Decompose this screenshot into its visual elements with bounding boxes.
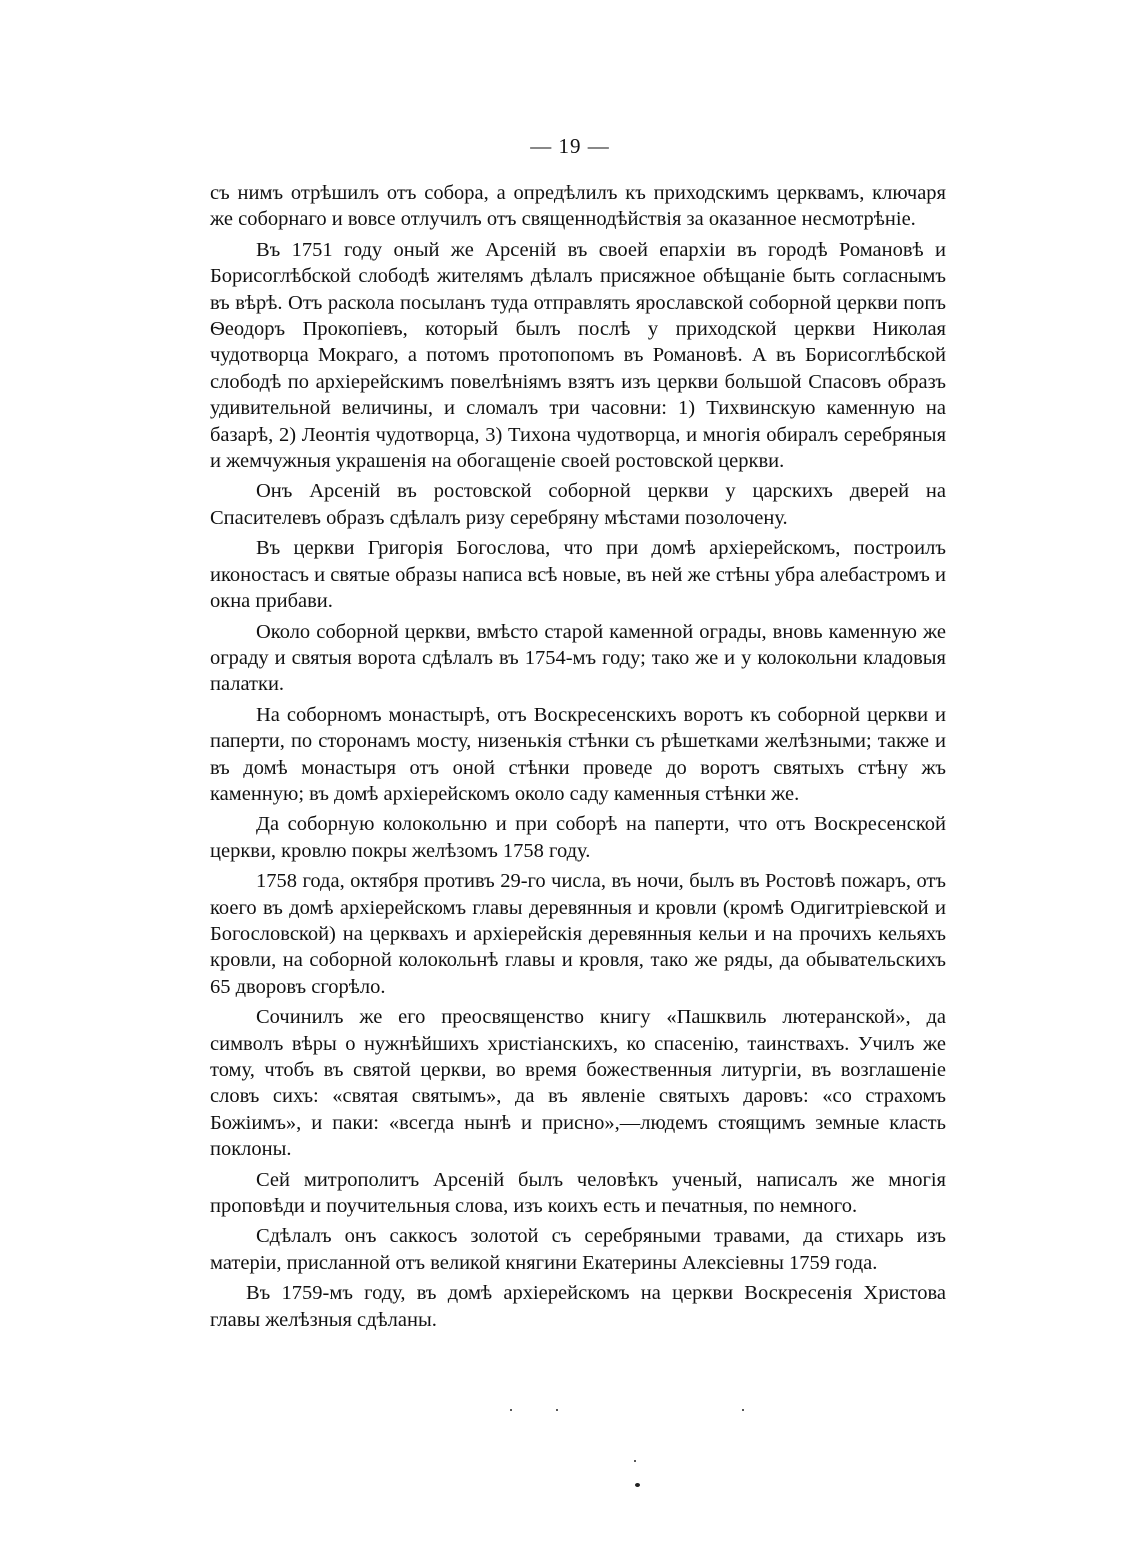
scan-speck bbox=[556, 1409, 558, 1411]
paragraph-1: съ нимъ отрѣшилъ отъ собора, а опредѣлил… bbox=[210, 180, 946, 233]
page-number: — 19 — bbox=[0, 134, 1140, 159]
scan-speck bbox=[510, 1409, 512, 1411]
scan-speck bbox=[635, 1483, 640, 1487]
paragraph-2: Въ 1751 году оный же Арсеній въ своей еп… bbox=[210, 237, 946, 475]
paragraph-7: Да соборную колокольню и при соборѣ на п… bbox=[210, 811, 946, 864]
paragraph-8: 1758 года, октября противъ 29-го числа, … bbox=[210, 868, 946, 1000]
body-text: съ нимъ отрѣшилъ отъ собора, а опредѣлил… bbox=[210, 180, 946, 1337]
paragraph-5: Около соборной церкви, вмѣсто старой кам… bbox=[210, 619, 946, 698]
scan-speck bbox=[742, 1409, 744, 1411]
paragraph-11: Сдѣлалъ онъ саккосъ золотой съ серебряны… bbox=[210, 1223, 946, 1276]
scan-speck bbox=[634, 1460, 636, 1462]
paragraph-4: Въ церкви Григорія Богослова, что при до… bbox=[210, 535, 946, 614]
paragraph-9: Сочинилъ же его преосвященство книгу «Па… bbox=[210, 1004, 946, 1162]
paragraph-10: Сей митрополитъ Арсеній былъ человѣкъ уч… bbox=[210, 1167, 946, 1220]
paragraph-12: Въ 1759-мъ году, въ домѣ архіерейскомъ н… bbox=[210, 1280, 946, 1333]
paragraph-3: Онъ Арсеній въ ростовской соборной церкв… bbox=[210, 478, 946, 531]
paragraph-6: На соборномъ монастырѣ, отъ Воскресенски… bbox=[210, 702, 946, 808]
